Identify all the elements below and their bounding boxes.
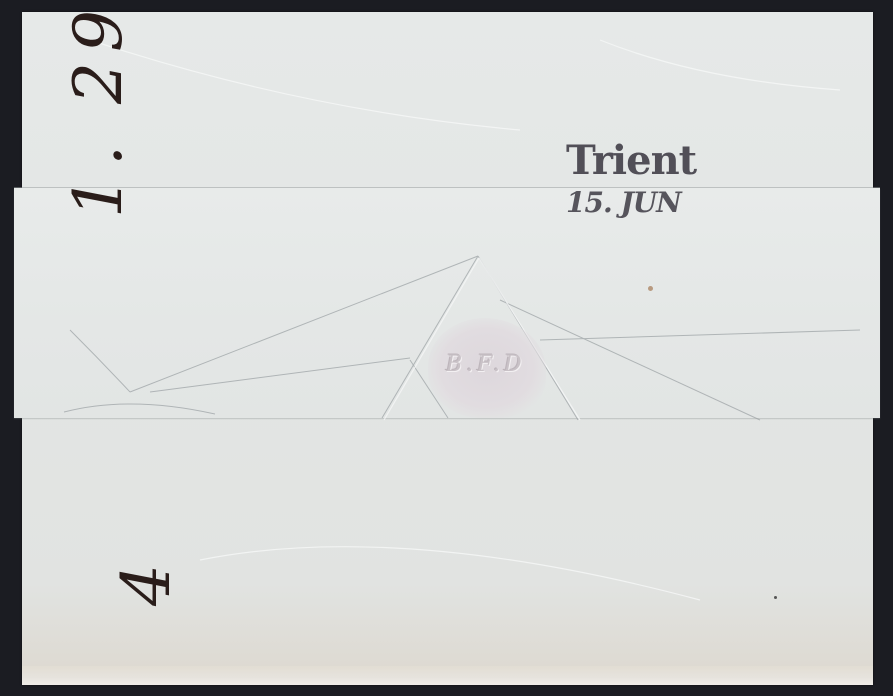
manuscript-mark: 4 [108,564,185,606]
seal-initials: B.F.D [446,352,526,377]
letter-photo: B.F.D Trient 15. JUN 1. 29 4 [0,0,893,696]
postmark: Trient 15. JUN [566,140,696,220]
postmark-date: 15. JUN [566,186,696,220]
paper-speck [774,596,777,599]
manuscript-rate: 1. 29 [60,0,137,218]
postmark-town: Trient [566,140,696,182]
paper-speck [648,286,653,291]
